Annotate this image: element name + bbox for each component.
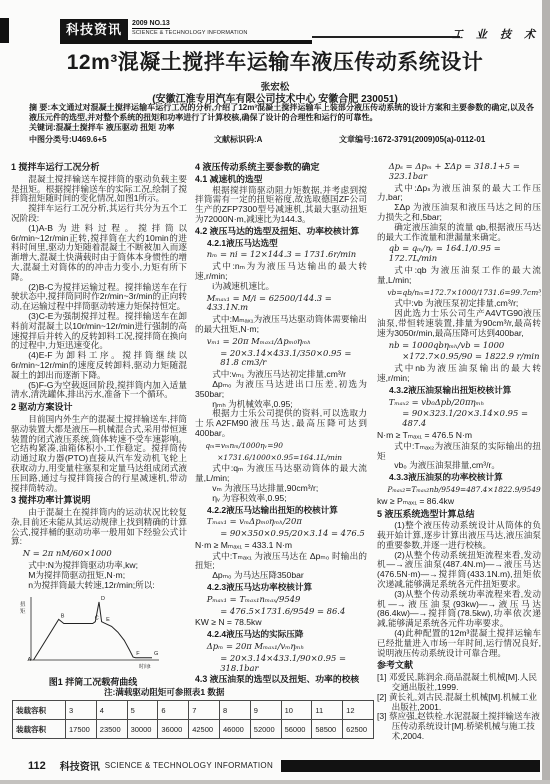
abstract-block: 摘 要:本文通过对混凝土搅拌运输车运行工况的分析,介绍了12m³混凝土搅拌运输车…	[29, 103, 534, 144]
body-paragraph: 式中:Tₘₐₓ₁ 为液压马达在 Δpₘ₀ 时输出的扭矩;	[195, 552, 367, 572]
formula-line: ×1731.6/1000×0.95=164.1L/min	[217, 453, 367, 463]
formula-line: Δpₘ = 20π Mₘₐₓ₁/vₘηₘₕ	[207, 642, 367, 652]
table-cell: 52000	[250, 720, 281, 739]
chart-point-label: B	[61, 613, 65, 619]
body-paragraph: Δpₘ₀ 为液压马达进出口压差,初选为350bar;	[195, 380, 367, 400]
table-cell: 8	[219, 701, 250, 720]
body-paragraph: 目前国内外生产的混凝土搅拌输送车,拌筒驱动装置大都是液压—机械混合式,采用带恒速…	[11, 415, 187, 493]
article-id: 文章编号:1672-3791(2009)05(a)-0112-01	[339, 135, 485, 145]
paper-page: 科技资讯 2009 NO.13 SCIENCE & TECHNOLOGY INF…	[0, 0, 550, 784]
body-paragraph: (2)从整个传动系统扭矩流程来看,发动机—→液压油泵(487.4N.m)—→液压…	[377, 551, 541, 590]
formula-result-line: N·m ≥ Mₘₐₓ₁ = 433.1 N·m	[195, 541, 367, 551]
table-cell: 9	[250, 701, 281, 720]
section-heading: 4 液压传动系统主要参数的确定	[195, 163, 367, 173]
abstract-text: 摘 要:本文通过对混凝土搅拌运输车运行工况的分析,介绍了12m³混凝土搅拌运输车…	[29, 103, 534, 122]
table-cell: 36000	[158, 720, 189, 739]
load-curve-chart: ABCDEFG扭矩时间t	[11, 594, 171, 674]
scan-edge-bottom	[0, 780, 550, 784]
formula-line: nb = 1000qbηₘₕ/vb = 1000	[389, 341, 541, 351]
page-footer: 112 科技资讯 SCIENCE & TECHNOLOGY INFORMATIO…	[28, 758, 540, 773]
table-row-label: 装载容积	[13, 720, 66, 739]
chart-point-label: F	[136, 651, 140, 657]
table-cell: 30000	[127, 720, 158, 739]
body-paragraph: 确定液压油泵的流量 qb,根据液压马达的最大工作流量和泄漏量来确定。	[377, 223, 541, 243]
body-paragraph: n为搅拌筒最大转速,12r/min;所以:	[11, 581, 187, 590]
formula-line: qₘ=vₘnₘ/1000ηᵥ=90	[205, 441, 367, 451]
body-paragraph: 式中:Tₘₐₓ₂为液压油泵的实际输出的扭矩	[377, 442, 541, 462]
keywords-line: 关键词:混凝土搅拌车 液压驱动 扭矩 功率	[29, 123, 534, 133]
body-paragraph: 混凝土搅拌输送车搅拌筒的驱动负载主要是扭矩。根据搅拌输送车的实际工况,绘制了搅拌…	[11, 175, 187, 204]
formula-line: ×172.7×0.95/90 = 1822.9 r/min	[402, 352, 541, 362]
subsection-heading: 4.2 液压马达的选型及扭矩、功率校核计算	[195, 227, 367, 237]
section-heading: 2 驱动方案设计	[11, 403, 187, 413]
formula-line: qb = qₘ/ηᵥ = 164.1/0.95 = 172.7L/min	[389, 244, 541, 264]
body-paragraph: (5)F-G为空载返回阶段,搅拌筒内加入适量清水,清洗罐体,排出污水,准备下一个…	[11, 381, 187, 401]
table-cell: 7	[189, 701, 220, 720]
formula-result-line: kw ≥ Pₘₐₓ₁ = 86.4kw	[377, 497, 541, 507]
body-paragraph: (4)此种配置的12m³混凝土搅拌运输车已经批量进入市场一年时间,运行情况良好,…	[377, 629, 541, 658]
section-tag: 工 业 技 术	[452, 26, 540, 42]
chart-xlabel: 时间t	[139, 663, 151, 670]
chart-ylabel: 矩	[20, 607, 26, 615]
table-cell: 56000	[281, 720, 312, 739]
section-heading: 1 搅拌车运行工况分析	[11, 163, 187, 173]
document-code: 文献标识码:A	[214, 135, 339, 145]
subsubsection-heading: 4.2.3液压马达功率校核计算	[207, 583, 367, 593]
chart-ylabel: 扭	[20, 600, 26, 608]
journal-name-en: SCIENCE & TECHNOLOGY INFORMATION	[132, 30, 248, 36]
formula-line: Δpₛ = Δpₘ + ΣΔp = 318.1+5 = 323.1bar	[389, 162, 541, 182]
reference-item: [3] 蔡应强,赵铁栓.水泥混凝土搅拌输送车液压传动系统设计[M].桥梁机械与施…	[377, 712, 541, 741]
formula-line: N = 2π nM/60×1000	[23, 549, 187, 559]
body-paragraph: 式中:Mₘₐₓ₁为液压马达驱动筒体需要输出的最大扭矩,N·m;	[195, 315, 367, 335]
column-middle: 4 液压传动系统主要参数的确定4.1 减速机的选型根据搅拌筒驱动阻力矩数据,并考…	[195, 160, 367, 684]
scan-edge-right	[542, 0, 550, 784]
figure-1: ABCDEFG扭矩时间t 图1 拌筒工况载荷曲线	[11, 594, 175, 688]
reference-item: [2] 黄长礼,刘古民.混凝土机械[M].机械工业出版社,2001.	[377, 693, 541, 713]
body-paragraph: (2)B-C为搅拌运输过程。搅拌输送车在行驶状态中,搅拌筒同时作2r/min~3…	[11, 283, 187, 312]
footer-bar	[281, 760, 540, 772]
table-cell: 11	[312, 701, 343, 720]
formula-line: vb=qb/nₘ=172.7×1000/1731.6=99.7cm³/r	[387, 288, 541, 298]
chart-point-label: A	[28, 657, 32, 663]
table-cell: 62500	[343, 720, 374, 739]
subsubsection-heading: 4.2.1液压马达选型	[207, 239, 367, 249]
formula-result-line: N·m ≥ Tₘₐₓ₁ = 476.5 N·m	[377, 431, 541, 441]
body-paragraph: (3)从整个传动系统功率流程来看,发动机—→液压油泵(93kw)—→液压马达(8…	[377, 590, 541, 629]
formula-line: = 90×323.1/20×3.14×0.95 = 487.4	[402, 409, 541, 429]
formula-line: Pₘₐₓ₁ = Tₘₐₓ₁nₘₐₓ/9549	[207, 595, 367, 605]
formula-result-line: KW ≥ N = 78.5kw	[195, 618, 367, 628]
body-paragraph: (3)C-E为强制搅拌过程。搅拌输送车在卸料前对混凝土以10r/min~12r/…	[11, 312, 187, 351]
formula-line: nₘ = ni = 12×144.3 = 1731.6r/min	[207, 250, 367, 260]
table-cell: 17500	[66, 720, 97, 739]
journal-logo: 科技资讯	[60, 19, 128, 40]
header-rule-thin	[312, 36, 460, 38]
table-row-label: 装载容积	[13, 701, 66, 720]
body-paragraph: 式中:qₘ 为液压马达驱动筒体的最大流量,L/min;	[195, 464, 367, 484]
table-cell: 10	[281, 701, 312, 720]
chart-point-label: D	[101, 596, 105, 602]
body-paragraph: 式中:Δpₛ为液压油泵的最大工作压力,bar;	[377, 184, 541, 204]
section-heading: 5 液压系统选型计算总结	[377, 510, 541, 520]
clc-number: 中图分类号:U469.6+5	[29, 135, 214, 145]
body-paragraph: ηᵥ 为容积效率,0.95;	[195, 494, 367, 504]
table-1-block: 注:满载驱动阻矩可参照表1 数据 装载容积3456789101112装载容积17…	[12, 686, 374, 739]
table-row: 装载容积3456789101112	[13, 701, 374, 720]
body-paragraph: 式中:qb 为液压油泵工作的最大流量,L/min;	[377, 266, 541, 286]
body-paragraph: Δpₘ₀ 为马达压降350bar	[195, 571, 367, 581]
body-paragraph: 根据搅拌筒驱动阻力矩数据,并考虑到搅拌筒需有一定的扭矩裕度,故选取德国ZF公司生…	[195, 186, 367, 225]
section-heading: 3 搅拌功率计算说明	[11, 496, 187, 506]
chart-point-label: G	[154, 651, 158, 657]
body-paragraph: (1)A-B为进料过程。搅拌筒以6r/min~12r/min正转,搅拌筒在大约1…	[11, 224, 187, 283]
chart-point-label: C	[95, 616, 99, 622]
body-paragraph: (4)E-F为卸料工序。搅拌筒继续以6r/min~12r/min的速度反转卸料,…	[11, 351, 187, 380]
table-cell: 58500	[312, 720, 343, 739]
table-cell: 6	[158, 701, 189, 720]
body-paragraph: 式中:nₘ为为液压马达输出的最大转速,r/min;	[195, 262, 367, 282]
table-cell: 46000	[219, 720, 250, 739]
formula-line: = 476.5×1731.6/9549 = 86.4	[220, 607, 367, 617]
body-paragraph: 搅拌车运行工况分析,其运行共分为五个工况阶段:	[11, 204, 187, 224]
table-row: 装载容积175002350030000360004250046000520005…	[13, 720, 374, 739]
column-left: 1 搅拌车运行工况分析混凝土搅拌输送车搅拌筒的驱动负载主要是扭矩。根据搅拌输送车…	[11, 160, 187, 688]
body-paragraph: 根据力士乐公司提供的资料,可以选取力士乐A2FM90液压马达,最高压降可达到40…	[195, 409, 367, 438]
footer-journal-cn: 科技资讯	[60, 758, 100, 773]
chart-point-label: E	[106, 617, 110, 623]
corner-tab	[0, 18, 9, 43]
body-paragraph: ΣΔp 为液压油泵和液压马达之间的压力损失之和,5bar;	[377, 203, 541, 223]
subsubsection-heading: 4.2.4液压马达的实际压降	[207, 630, 367, 640]
body-paragraph: 由于混凝土在搅拌筒内的运动状况比较复杂,目前还未能从其运动规律上找到精确的计算公…	[11, 508, 187, 547]
formula-line: = 20×3.14×433.1/90×0.95 = 318.1bar	[220, 654, 367, 674]
issue-number: 2009 NO.13	[132, 20, 170, 29]
formula-line: Tₘₐₓ₁ = vₘΔpₘ₀ηₘₕ/20π	[207, 517, 367, 527]
formula-line: vₘ₁ = 20π Mₘₐₓ₁/Δpₘ₀ηₘₕ	[207, 337, 367, 347]
classification-line: 中图分类号:U469.6+5 文献标识码:A 文章编号:1672-3791(20…	[29, 135, 534, 145]
table-cell: 3	[66, 701, 97, 720]
column-left-text: 1 搅拌车运行工况分析混凝土搅拌输送车搅拌筒的驱动负载主要是扭矩。根据搅拌输送车…	[11, 160, 187, 590]
formula-line: Mₘₐₓ₁ = M/i = 62500/144.3 = 433.1N.m	[207, 294, 367, 314]
body-paragraph: 式中nb为液压油泵输出的最大转速,r/min;	[377, 364, 541, 384]
subsection-heading: 4.3 液压油泵的选型以及扭矩、功率的校核计算	[195, 675, 367, 684]
formula-line: = 90×350×0.95/20×3.14 = 476.5	[220, 529, 367, 539]
header-rule-thick	[60, 40, 312, 44]
subsubsection-heading: 4.3.2液压油泵输出扭矩校核计算	[389, 386, 541, 396]
formula-line: = 20×3.14×433.1/350×0.95 = 81.8 cm3/r	[220, 349, 367, 369]
subsubsection-heading: 4.2.2液压马达输出扭矩的校核计算	[207, 506, 367, 516]
table-cell: 42500	[189, 720, 220, 739]
subsection-heading: 4.1 减速机的选型	[195, 175, 367, 185]
table-cell: 4	[96, 701, 127, 720]
page-title: 12m³混凝土搅拌车运输车液压传动系统设计	[0, 46, 550, 76]
table-note: 注:满载驱动阻矩可参照表1 数据	[104, 686, 374, 698]
body-paragraph: 因此选力士乐公司生产A4VTG90液压油泵,带恒转速装置,排量为90cm³/r,…	[377, 309, 541, 338]
table-cell: 23500	[96, 720, 127, 739]
table-cell: 12	[343, 701, 374, 720]
section-heading: 参考文献	[377, 661, 541, 671]
table-cell: 5	[127, 701, 158, 720]
reference-item: [1] 邓爱民,陈润余.商品混凝土机械[M].人民交通出版社,1999.	[377, 673, 541, 693]
formula-line: Pₘₐₓ₂=Tₘₐₓ₂nb/9549=487.4×1822.9/9549=93	[387, 485, 541, 495]
body-paragraph: vb₀ 为液压油泵排量,cm³/r。	[377, 461, 541, 471]
load-torque-table: 装载容积3456789101112装载容积1750023500300003600…	[12, 700, 374, 739]
column-right: Δpₛ = Δpₘ + ΣΔp = 318.1+5 = 323.1bar式中:Δ…	[377, 160, 541, 748]
body-paragraph: (1)整个液压传动系统设计从筒体的负载开始计算,逐步计算出液压马达,液压油泵的重…	[377, 521, 541, 550]
footer-journal-en: SCIENCE & TECHNOLOGY INFORMATION	[105, 761, 273, 770]
page-number: 112	[28, 760, 46, 772]
subsubsection-heading: 4.3.3液压油泵的功率校核计算	[389, 473, 541, 483]
formula-line: Tₘₐₓ₂ = vb₀Δpb/20πηₘₕ	[389, 398, 541, 408]
body-paragraph: i为减速机速比。	[195, 282, 367, 292]
